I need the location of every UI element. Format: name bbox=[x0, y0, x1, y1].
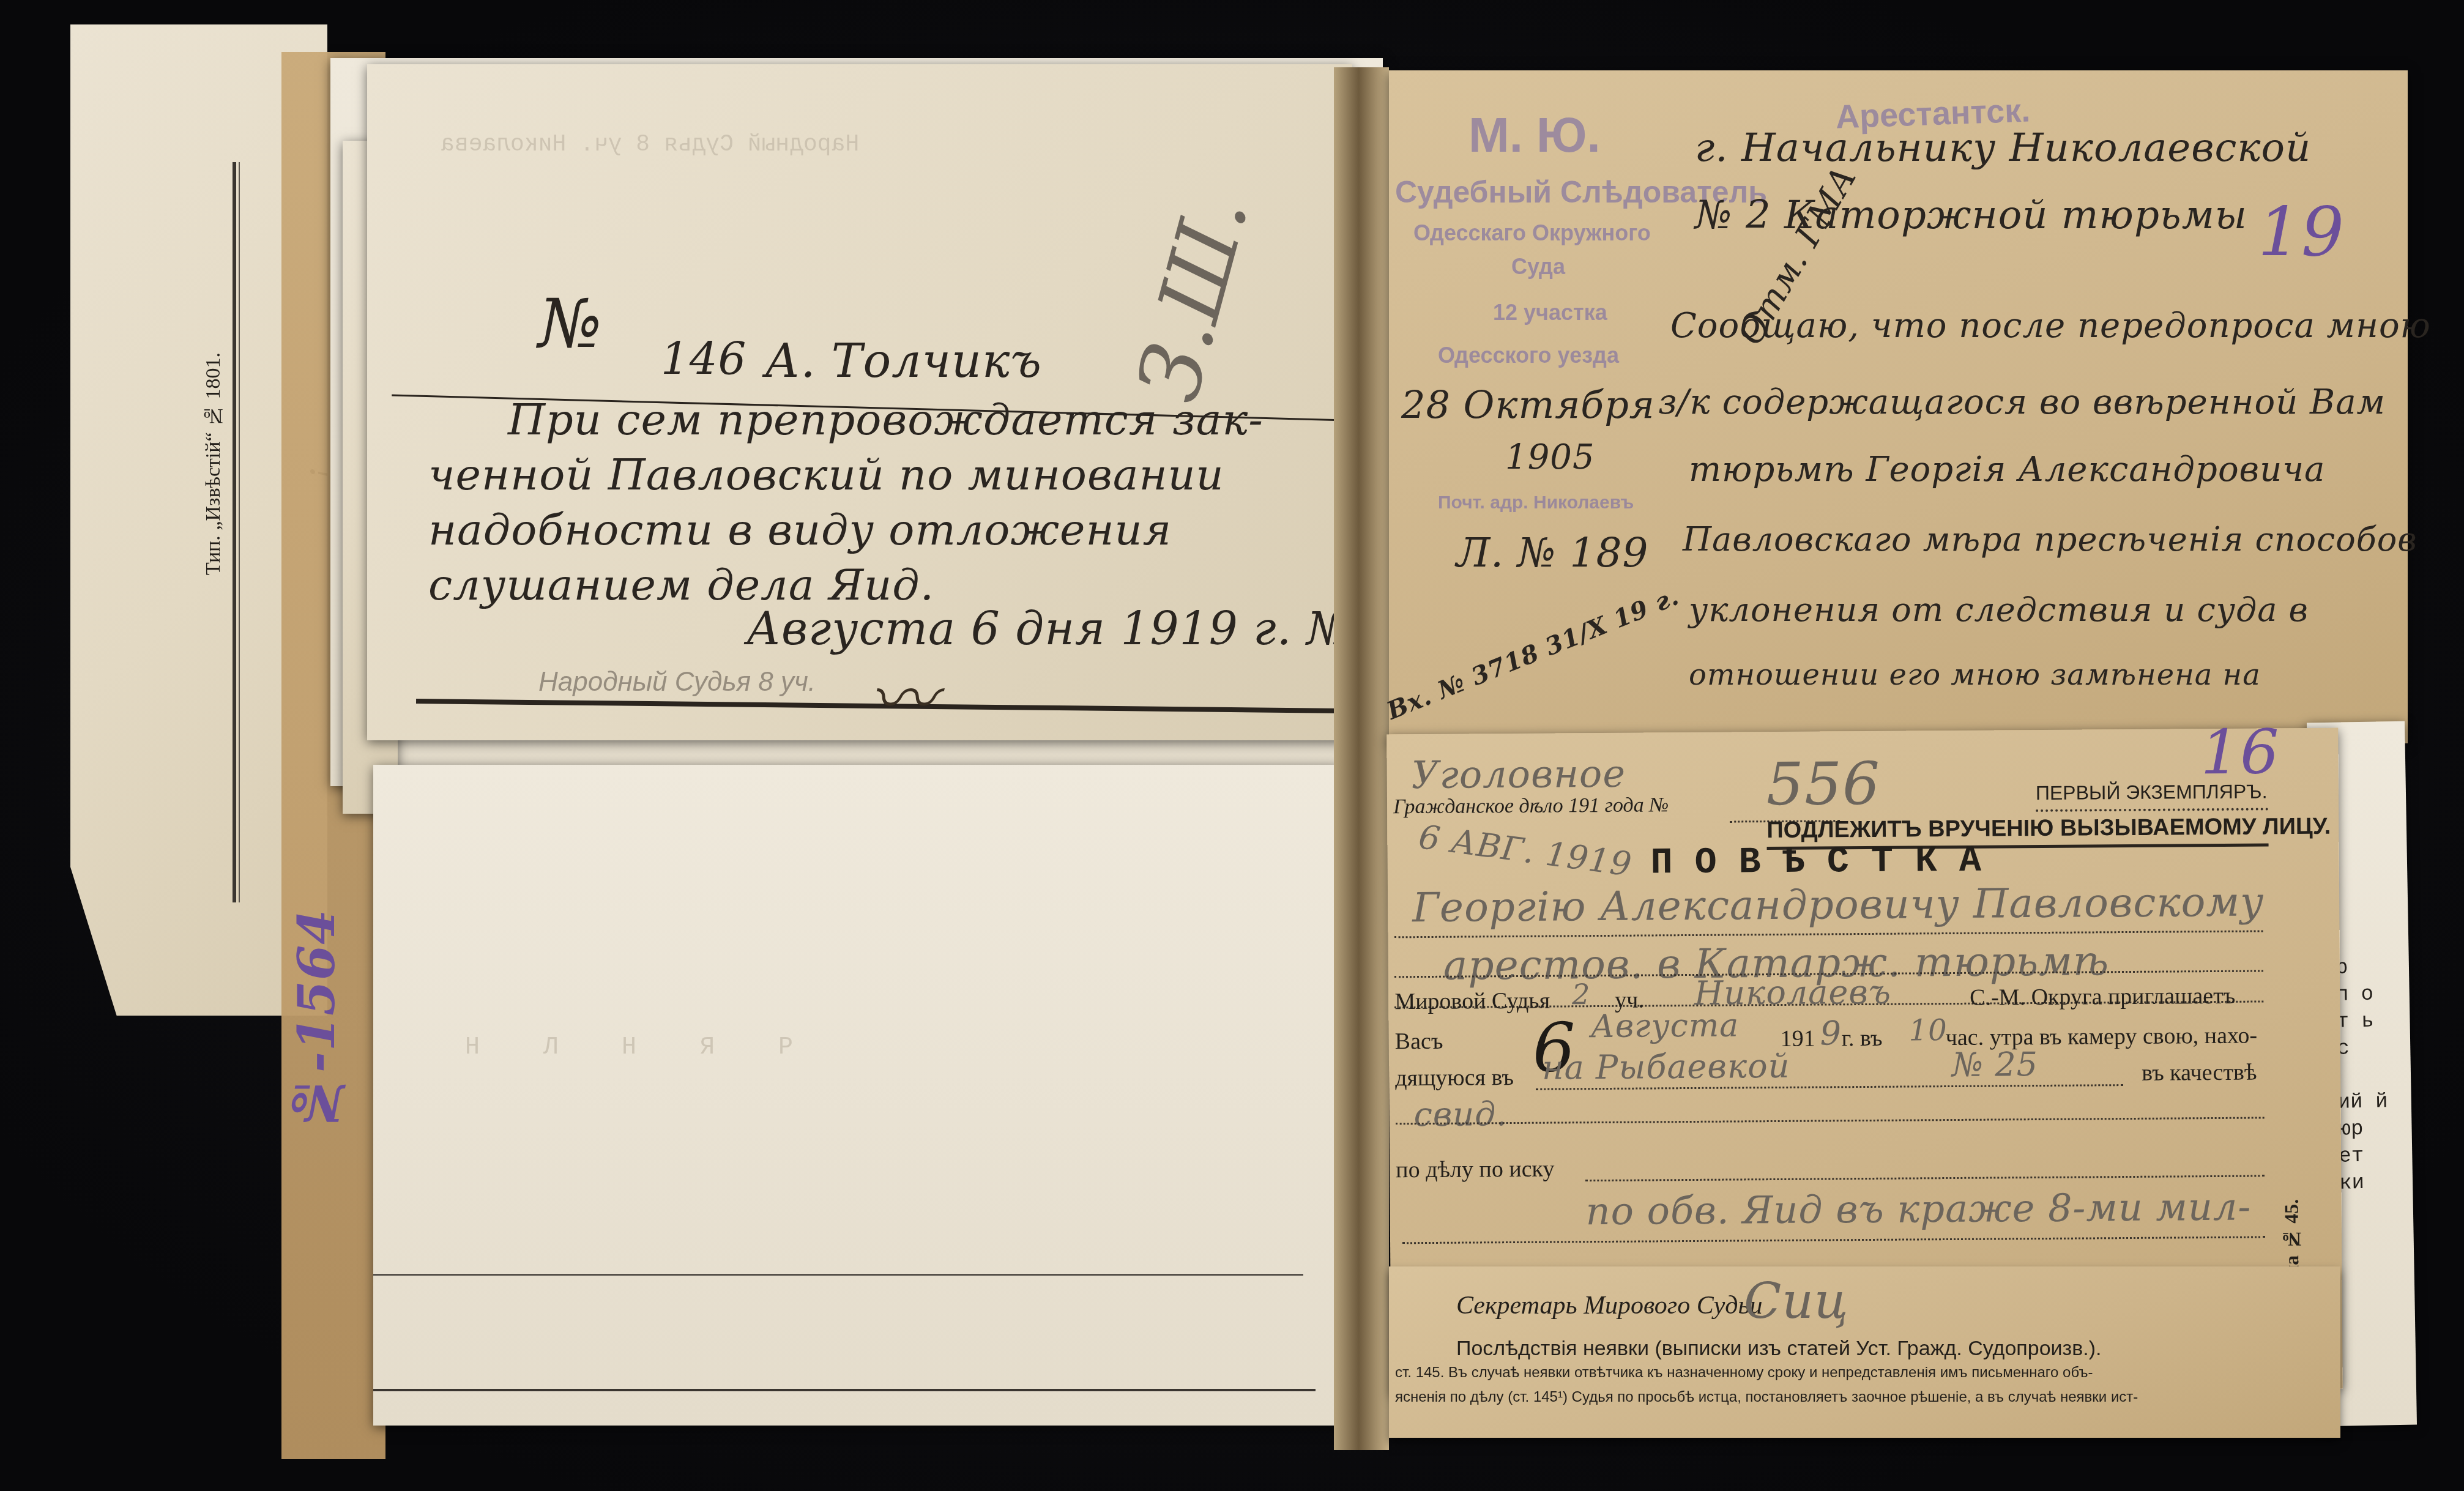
stamp-line-5: Одесского уезда bbox=[1438, 343, 1619, 368]
investigator-letter: М. Ю. Судебный Слѣдователь Одесскаго Окр… bbox=[1389, 70, 2408, 743]
note-line-2: ченной Павловский по миновании bbox=[428, 450, 1224, 500]
recipient-rule bbox=[1394, 930, 2263, 938]
note-date: Августа 6 дня 1919 г. № bbox=[746, 603, 1350, 655]
ministry-stamp: М. Ю. bbox=[1468, 107, 1601, 163]
letter-line-2: № 2 Каторжной тюрьмы bbox=[1695, 193, 2247, 238]
letter-line-5: тюрьмѣ Георгія Александровича bbox=[1689, 450, 2325, 489]
year-suffix: 9 bbox=[1820, 1014, 1842, 1052]
printer-imprint: Тип. „Извѣстій“ № 1801. bbox=[202, 232, 225, 575]
appointment-hour: 10 bbox=[1908, 1013, 1947, 1047]
letter-year: 1905 bbox=[1505, 437, 1595, 477]
secretary-label: Секретарь Мирового Судьи bbox=[1456, 1291, 1763, 1320]
letter-line-4: з/к содержащагося во ввѣренной Вам bbox=[1658, 382, 2386, 422]
secretary-signature: Сиц bbox=[1744, 1273, 1849, 1329]
judge-section: 2 bbox=[1572, 978, 1591, 1011]
pencil-annotation: З.Ш. bbox=[1118, 184, 1268, 411]
capacity-label: въ качествѣ bbox=[2142, 1059, 2257, 1087]
case-rule-2 bbox=[1402, 1236, 2265, 1244]
date-stamp: 6 АВГ. 1919 bbox=[1416, 817, 1634, 884]
slip-fragments: р п о т ь с ий й юр ет ки bbox=[2336, 954, 2390, 1197]
you-label: Васъ bbox=[1395, 1028, 1443, 1055]
registry-mark: Вх. № 3718 31/X 19 г. bbox=[1383, 582, 1683, 726]
stamp-line-2: Одесскаго Окружного bbox=[1413, 220, 1651, 246]
letter-line-8: отношении его мною замѣнена на bbox=[1689, 658, 2261, 692]
letter-line-7: уклонения от следствия и суда в bbox=[1689, 590, 2309, 629]
blank-form-reverse: Н Л Н Я Р bbox=[373, 765, 1340, 1426]
appointment-month: Августа bbox=[1590, 1007, 1739, 1045]
note-line-1: При сем препровождается зак- bbox=[508, 395, 1264, 445]
judge-city: Николаевъ bbox=[1694, 973, 1891, 1013]
court-transmittal-note: Народный Судья 8 уч. Николаева № 146 А. … bbox=[367, 64, 1352, 740]
letter-line-6: Павловскаго мѣра пресѣченія способов bbox=[1683, 520, 2417, 559]
case-line: Гражданское дѣло 191 года № bbox=[1393, 794, 1669, 819]
form-rule-1 bbox=[373, 1274, 1303, 1276]
case-desc-1: по обв. Яид въ краже 8-ми мил- bbox=[1585, 1184, 2251, 1234]
recipient-name: Георгію Александровичу Павловскому bbox=[1412, 878, 2265, 931]
case-number: 556 bbox=[1766, 749, 1880, 819]
judge-label: Мировой Судья bbox=[1394, 987, 1550, 1016]
judge-signature: 〰 bbox=[869, 645, 937, 742]
archive-number-annotation: №-1564 bbox=[288, 838, 346, 1132]
outgoing-number: Л. № 189 bbox=[1456, 529, 1648, 576]
address-number: № 25 bbox=[1952, 1045, 2038, 1084]
postal-stamp: Почт. адр. Николаевъ bbox=[1438, 493, 1634, 513]
folio-number: 19 bbox=[2258, 193, 2345, 271]
form-rule-2 bbox=[373, 1389, 1316, 1391]
address-street: на Рыбаевкой bbox=[1542, 1047, 1790, 1087]
consequences-title: Послѣдствія неявки (выписки изъ статей У… bbox=[1456, 1337, 2101, 1361]
delivery-notice: ПОДЛЕЖИТЪ ВРУЧЕНІЮ ВЫЗЫВАЕМОМУ ЛИЦУ. bbox=[1766, 814, 2331, 844]
faded-header: Народный Судья 8 уч. Николаева bbox=[441, 132, 859, 158]
capacity-rule bbox=[1396, 1117, 2265, 1125]
consequences-line-2: ясненія по дѣлу (ст. 145¹) Судья по прос… bbox=[1395, 1389, 2138, 1406]
printer-rule bbox=[233, 162, 240, 902]
note-number: 146 bbox=[661, 333, 746, 385]
stamp-line-3: Суда bbox=[1511, 254, 1565, 280]
district-label: С.-М. Округа приглашаетъ bbox=[1970, 983, 2235, 1011]
case-type: Уголовное bbox=[1411, 751, 1626, 797]
capacity-value: свид. bbox=[1413, 1095, 1507, 1134]
summons-title: П О В Ѣ С Т К А bbox=[1650, 841, 1981, 885]
copy-underline bbox=[2036, 808, 2268, 812]
address-label: дящуюся въ bbox=[1395, 1064, 1514, 1091]
letter-line-1: г. Начальнику Николаевской bbox=[1695, 125, 2311, 171]
consequences-line-1: ст. 145. Въ случаѣ неявки отвѣтчика къ н… bbox=[1395, 1364, 2093, 1381]
case-rule-1 bbox=[1585, 1175, 2265, 1181]
bleed-through-text: Н Л Н Я Р bbox=[465, 1034, 817, 1062]
year-label: г. въ bbox=[1842, 1025, 1883, 1052]
summons-footer: Секретарь Мирового Судьи Сиц Послѣдствія… bbox=[1389, 1266, 2340, 1438]
stamp-line-4: 12 участка bbox=[1493, 300, 1607, 325]
case-label: по дѣлу по иску bbox=[1396, 1156, 1555, 1184]
letter-line-3: Сообщаю, что после передопроса мною bbox=[1670, 306, 2431, 346]
spine-shadow bbox=[1334, 67, 1389, 1450]
folio-number: 16 bbox=[2200, 716, 2280, 788]
judge-stamp: Народный Судья 8 уч. bbox=[538, 667, 816, 697]
note-line-3: надобности в виду отложения bbox=[428, 505, 1172, 555]
note-addressee: А. Толчикъ bbox=[765, 333, 1042, 388]
reference-mark: № bbox=[538, 284, 603, 363]
letter-date: 28 Октября bbox=[1401, 382, 1655, 427]
